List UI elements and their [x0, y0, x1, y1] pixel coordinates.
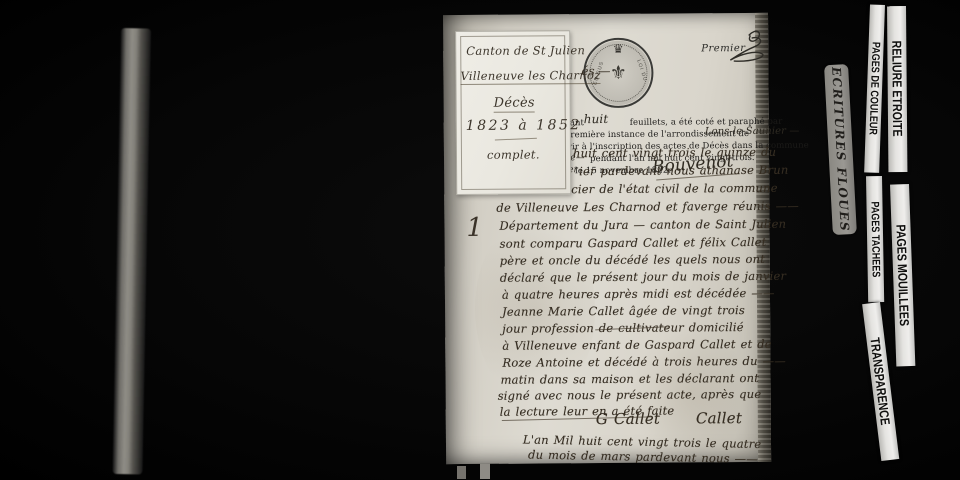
archive-label: TRANSPARENCE: [862, 302, 899, 461]
printed-line: huit: [584, 112, 609, 126]
photo-background: ♛ ⚜ EN SUS LOI DU Premier. ant huit feui…: [0, 0, 960, 480]
archive-label-text: RELIURE ETROITE: [889, 41, 905, 137]
archive-label-text: TRANSPARENCE: [868, 337, 894, 426]
handwriting-line: père et oncle du décédé les quels nous o…: [500, 252, 765, 268]
archive-label-text: PAGES TACHEES: [868, 201, 881, 277]
archive-label: ECRITURES FLOUES: [824, 64, 857, 235]
archive-label: PAGES MOUILLEES: [890, 184, 915, 367]
slip-line: 1823 à 1852: [466, 117, 582, 134]
paraph-flourish-icon: [725, 25, 767, 75]
slip-line: Villeneuve les Charnoz: [460, 68, 600, 85]
archive-label-text: PAGES DE COULEUR: [867, 42, 882, 135]
handwriting-line: à Villeneuve enfant de Gaspard Callet et…: [502, 337, 772, 353]
handwriting-line: matin dans sa maison et les déclarant on…: [501, 371, 760, 387]
handwriting-line: de Villeneuve Les Charnod et faverge réu…: [496, 199, 799, 215]
handwriting-line: déclaré que le présent jour du mois de j…: [500, 269, 786, 285]
handwriting-line: signé avec nous le présent acte, après q…: [498, 387, 762, 403]
page-corner-tab: [480, 463, 490, 479]
page-corner-tab: [457, 466, 466, 479]
slip-line: Canton de St Julien: [466, 43, 585, 58]
act-body: huit cent vingt trois le quinze du ier p…: [443, 13, 768, 15]
handwriting-line: à quatre heures après midi est décédée —…: [502, 286, 775, 302]
handwriting-line: du mois de mars pardevant nous ——: [528, 448, 758, 466]
handwriting-line: Jeanne Marie Callet âgée de vingt trois: [502, 303, 745, 319]
slip-text: Canton de St Julien Villeneuve les Charn…: [456, 31, 569, 32]
handwriting-line: cier de l'état civil de la commune: [571, 181, 778, 196]
book-spine: [112, 28, 151, 474]
archive-label: RELIURE ETROITE: [887, 6, 907, 172]
slip-line: Décès: [494, 95, 535, 112]
crown-icon: ♛: [585, 42, 651, 56]
handwriting-line: sont comparu Gaspard Callet et félix Cal…: [500, 235, 767, 251]
handwriting-line: Département du Jura — canton de Saint Ju…: [499, 217, 786, 233]
handwriting-line: Roze Antoine et décédé à trois heures du…: [502, 354, 786, 370]
register-page: ♛ ⚜ EN SUS LOI DU Premier. ant huit feui…: [443, 13, 771, 464]
archive-label: PAGES TACHEES: [866, 176, 884, 302]
archive-label-text: ECRITURES FLOUES: [829, 67, 852, 233]
archive-label: PAGES DE COULEUR: [864, 4, 885, 172]
printed-block: ant huit feuillets, a été coté et paraph…: [443, 13, 768, 15]
archive-label-text: PAGES MOUILLEES: [893, 224, 912, 326]
slip-line: complet.: [487, 147, 540, 161]
act-number: 1: [466, 213, 483, 243]
printed-line: Lons-le-Saunier —: [705, 126, 800, 138]
cover-slip: Canton de St Julien Villeneuve les Charn…: [455, 30, 571, 195]
